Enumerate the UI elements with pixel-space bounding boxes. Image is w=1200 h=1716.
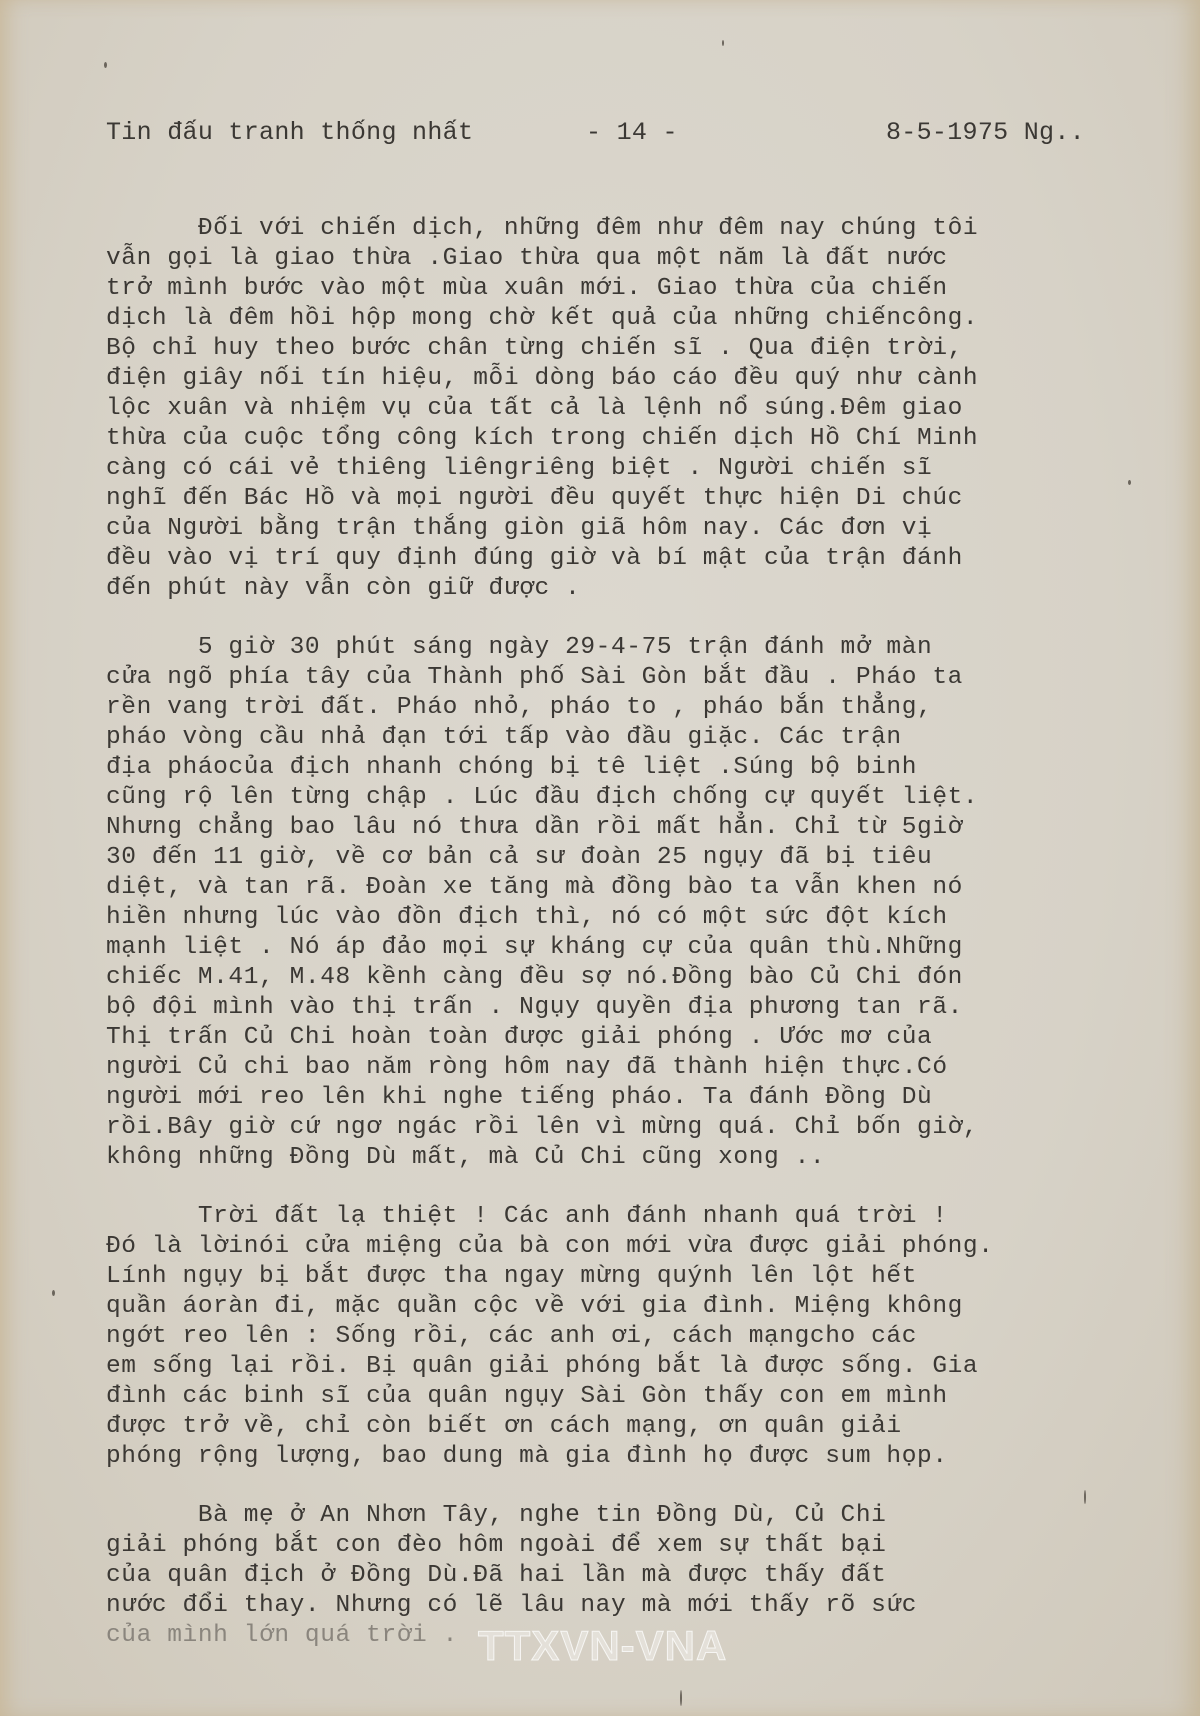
paragraph-new-year-eve: Đối với chiến dịch, những đêm như đêm na…	[106, 214, 1136, 604]
text-line: Lính ngụy bị bắt được tha ngay mừng quýn…	[106, 1262, 1136, 1292]
text-line: cửa ngõ phía tây của Thành phố Sài Gòn b…	[106, 663, 1136, 693]
text-line: bộ đội mình vào thị trấn . Ngụy quyền đị…	[106, 993, 1136, 1023]
text-line: trở mình bước vào một mùa xuân mới. Giao…	[106, 274, 1136, 304]
publication-title: Tin đấu tranh thống nhất	[106, 118, 473, 147]
paper-speck	[680, 1690, 682, 1706]
document-header: Tin đấu tranh thống nhất - 14 - 8-5-1975…	[106, 118, 1140, 154]
text-line: Bà mẹ ở An Nhơn Tây, nghe tin Đồng Dù, C…	[106, 1501, 1136, 1531]
document-date: 8-5-1975 Ng..	[886, 118, 1085, 147]
text-line: Đó là lờinói cửa miệng của bà con mới vừ…	[106, 1232, 1136, 1262]
text-line: mạnh liệt . Nó áp đảo mọi sự kháng cự củ…	[106, 933, 1136, 963]
text-line: không những Đồng Dù mất, mà Củ Chi cũng …	[106, 1143, 1136, 1173]
text-line: nước đổi thay. Nhưng có lẽ lâu nay mà mớ…	[106, 1591, 1136, 1621]
text-line: điện giây nối tín hiệu, mỗi dòng báo cáo…	[106, 364, 1136, 394]
typewritten-document-page: Tin đấu tranh thống nhất - 14 - 8-5-1975…	[0, 0, 1200, 1716]
text-line: Nhưng chẳng bao lâu nó thưa dần rồi mất …	[106, 813, 1136, 843]
text-line: Đối với chiến dịch, những đêm như đêm na…	[106, 214, 1136, 244]
text-line: càng có cái vẻ thiêng liêngriêng biệt . …	[106, 454, 1136, 484]
document-body: Đối với chiến dịch, những đêm như đêm na…	[106, 214, 1136, 1680]
agency-watermark: TTXVN-VNA	[478, 1622, 727, 1670]
text-line: địa pháocủa địch nhanh chóng bị tê liệt …	[106, 753, 1136, 783]
paragraph-battle-opening: 5 giờ 30 phút sáng ngày 29-4-75 trận đán…	[106, 633, 1136, 1173]
text-line: cũng rộ lên từng chập . Lúc đầu địch chố…	[106, 783, 1136, 813]
text-line: nghĩ đến Bác Hồ và mọi người đều quyết t…	[106, 484, 1136, 514]
text-line: rồi.Bây giờ cứ ngơ ngác rồi lên vì mừng …	[106, 1113, 1136, 1143]
text-line: Trời đất lạ thiệt ! Các anh đánh nhanh q…	[106, 1202, 1136, 1232]
paper-speck	[104, 62, 107, 68]
text-line: giải phóng bắt con đèo hôm ngoài để xem …	[106, 1531, 1136, 1561]
paper-speck	[1128, 480, 1131, 485]
text-line: ngớt reo lên : Sống rồi, các anh ơi, các…	[106, 1322, 1136, 1352]
paper-speck	[52, 1290, 55, 1296]
text-line: hiền nhưng lúc vào đồn địch thì, nó có m…	[106, 903, 1136, 933]
text-line: lộc xuân và nhiệm vụ của tất cả là lệnh …	[106, 394, 1136, 424]
text-line: pháo vòng cầu nhả đạn tới tấp vào đầu gi…	[106, 723, 1136, 753]
text-line: rền vang trời đất. Pháo nhỏ, pháo to , p…	[106, 693, 1136, 723]
paragraph-liberated-people: Trời đất lạ thiệt ! Các anh đánh nhanh q…	[106, 1202, 1136, 1472]
text-line: quần áoràn đi, mặc quần cộc về với gia đ…	[106, 1292, 1136, 1322]
text-line: đến phút này vẫn còn giữ được .	[106, 574, 1136, 604]
text-line: phóng rộng lượng, bao dung mà gia đình h…	[106, 1442, 1136, 1472]
text-line: người Củ chi bao năm ròng hôm nay đã thà…	[106, 1053, 1136, 1083]
text-line: thừa của cuộc tổng công kích trong chiến…	[106, 424, 1136, 454]
text-line: chiếc M.41, M.48 kềnh càng đều sợ nó.Đồn…	[106, 963, 1136, 993]
paper-speck	[1084, 1490, 1086, 1504]
text-line: dịch là đêm hồi hộp mong chờ kết quả của…	[106, 304, 1136, 334]
text-line: 30 đến 11 giờ, về cơ bản cả sư đoàn 25 n…	[106, 843, 1136, 873]
text-line: Thị trấn Củ Chi hoàn toàn được giải phón…	[106, 1023, 1136, 1053]
text-line: của quân địch ở Đồng Dù.Đã hai lần mà đư…	[106, 1561, 1136, 1591]
text-line: 5 giờ 30 phút sáng ngày 29-4-75 trận đán…	[106, 633, 1136, 663]
text-line: đình các binh sĩ của quân ngụy Sài Gòn t…	[106, 1382, 1136, 1412]
text-line: vẫn gọi là giao thừa .Giao thừa qua một …	[106, 244, 1136, 274]
text-line: Bộ chỉ huy theo bước chân từng chiến sĩ …	[106, 334, 1136, 364]
text-line: đều vào vị trí quy định đúng giờ và bí m…	[106, 544, 1136, 574]
text-line: em sống lại rồi. Bị quân giải phóng bắt …	[106, 1352, 1136, 1382]
paper-speck	[722, 40, 724, 46]
page-number: - 14 -	[586, 118, 678, 147]
text-line: được trở về, chỉ còn biết ơn cách mạng, …	[106, 1412, 1136, 1442]
text-line: người mới reo lên khi nghe tiếng pháo. T…	[106, 1083, 1136, 1113]
text-line: của Người bằng trận thắng giòn giã hôm n…	[106, 514, 1136, 544]
text-line: diệt, và tan rã. Đoàn xe tăng mà đồng bà…	[106, 873, 1136, 903]
